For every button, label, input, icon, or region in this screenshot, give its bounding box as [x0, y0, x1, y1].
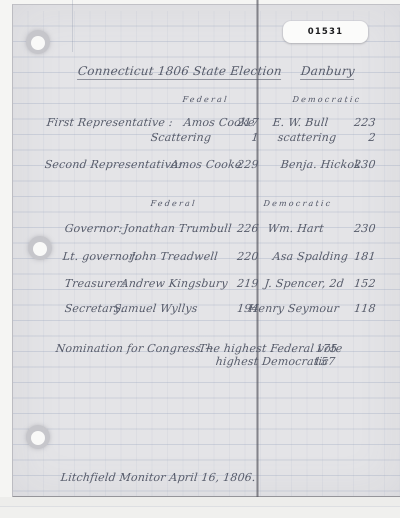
federal-votes: 217: [216, 116, 259, 129]
democratic-votes: 223: [333, 116, 376, 129]
federal-votes: 219: [216, 277, 259, 290]
nomination-democratic-value: 157: [313, 355, 336, 368]
page-edge-strip: [0, 497, 400, 518]
democratic-candidate: Henry Seymour: [248, 302, 340, 315]
democratic-votes: 2: [333, 131, 376, 144]
democratic-candidate: E. W. Bull: [272, 116, 329, 129]
hole-punch: [26, 425, 50, 449]
democratic-votes: 181: [333, 250, 376, 263]
doc-place: Danbury: [300, 64, 356, 80]
democratic-candidate: scattering: [277, 131, 337, 144]
federal-candidate: Samuel Wyllys: [113, 302, 198, 315]
democratic-votes: 152: [333, 277, 376, 290]
office-label: Lt. governor:: [62, 250, 139, 263]
democratic-votes: 230: [333, 222, 376, 235]
id-sticker: 01531: [283, 21, 368, 43]
federal-votes: 226: [216, 222, 259, 235]
hole-punch: [26, 30, 50, 54]
federal-votes: 229: [216, 158, 259, 171]
nomination-democratic-label: highest Democratic: [215, 355, 329, 368]
federal-votes: 220: [216, 250, 259, 263]
federal-votes: 1: [216, 131, 259, 144]
federal-candidate: John Treadwell: [130, 250, 219, 263]
column-header-federal: Federal: [150, 199, 197, 208]
nomination-federal-value: 175: [315, 342, 338, 355]
democratic-votes: 118: [333, 302, 376, 315]
doc-title: Connecticut 1806 State Election: [77, 64, 283, 80]
small-crease: [72, 0, 73, 52]
democratic-candidate: Wm. Hart: [267, 222, 325, 235]
id-sticker-number: 01531: [308, 27, 344, 37]
source-citation: Litchfield Monitor April 16, 1806.: [60, 471, 256, 484]
office-label: First Representative :: [46, 116, 173, 129]
nomination-note: Nomination for Congress ~: [55, 342, 215, 355]
office-label: Governor:: [64, 222, 123, 235]
federal-candidate: Andrew Kingsbury: [120, 277, 228, 290]
column-header-democratic: Democratic: [292, 95, 362, 104]
office-label: Second Representative:: [44, 158, 182, 171]
scanned-document: 01531 Connecticut 1806 State Election Da…: [0, 0, 400, 518]
hole-punch: [28, 236, 52, 260]
federal-candidate: Scattering: [150, 131, 212, 144]
column-header-federal: Federal: [182, 95, 229, 104]
democratic-votes: 230: [333, 158, 376, 171]
office-label: Treasurer:: [64, 277, 126, 290]
column-header-democratic: Democratic: [263, 199, 333, 208]
